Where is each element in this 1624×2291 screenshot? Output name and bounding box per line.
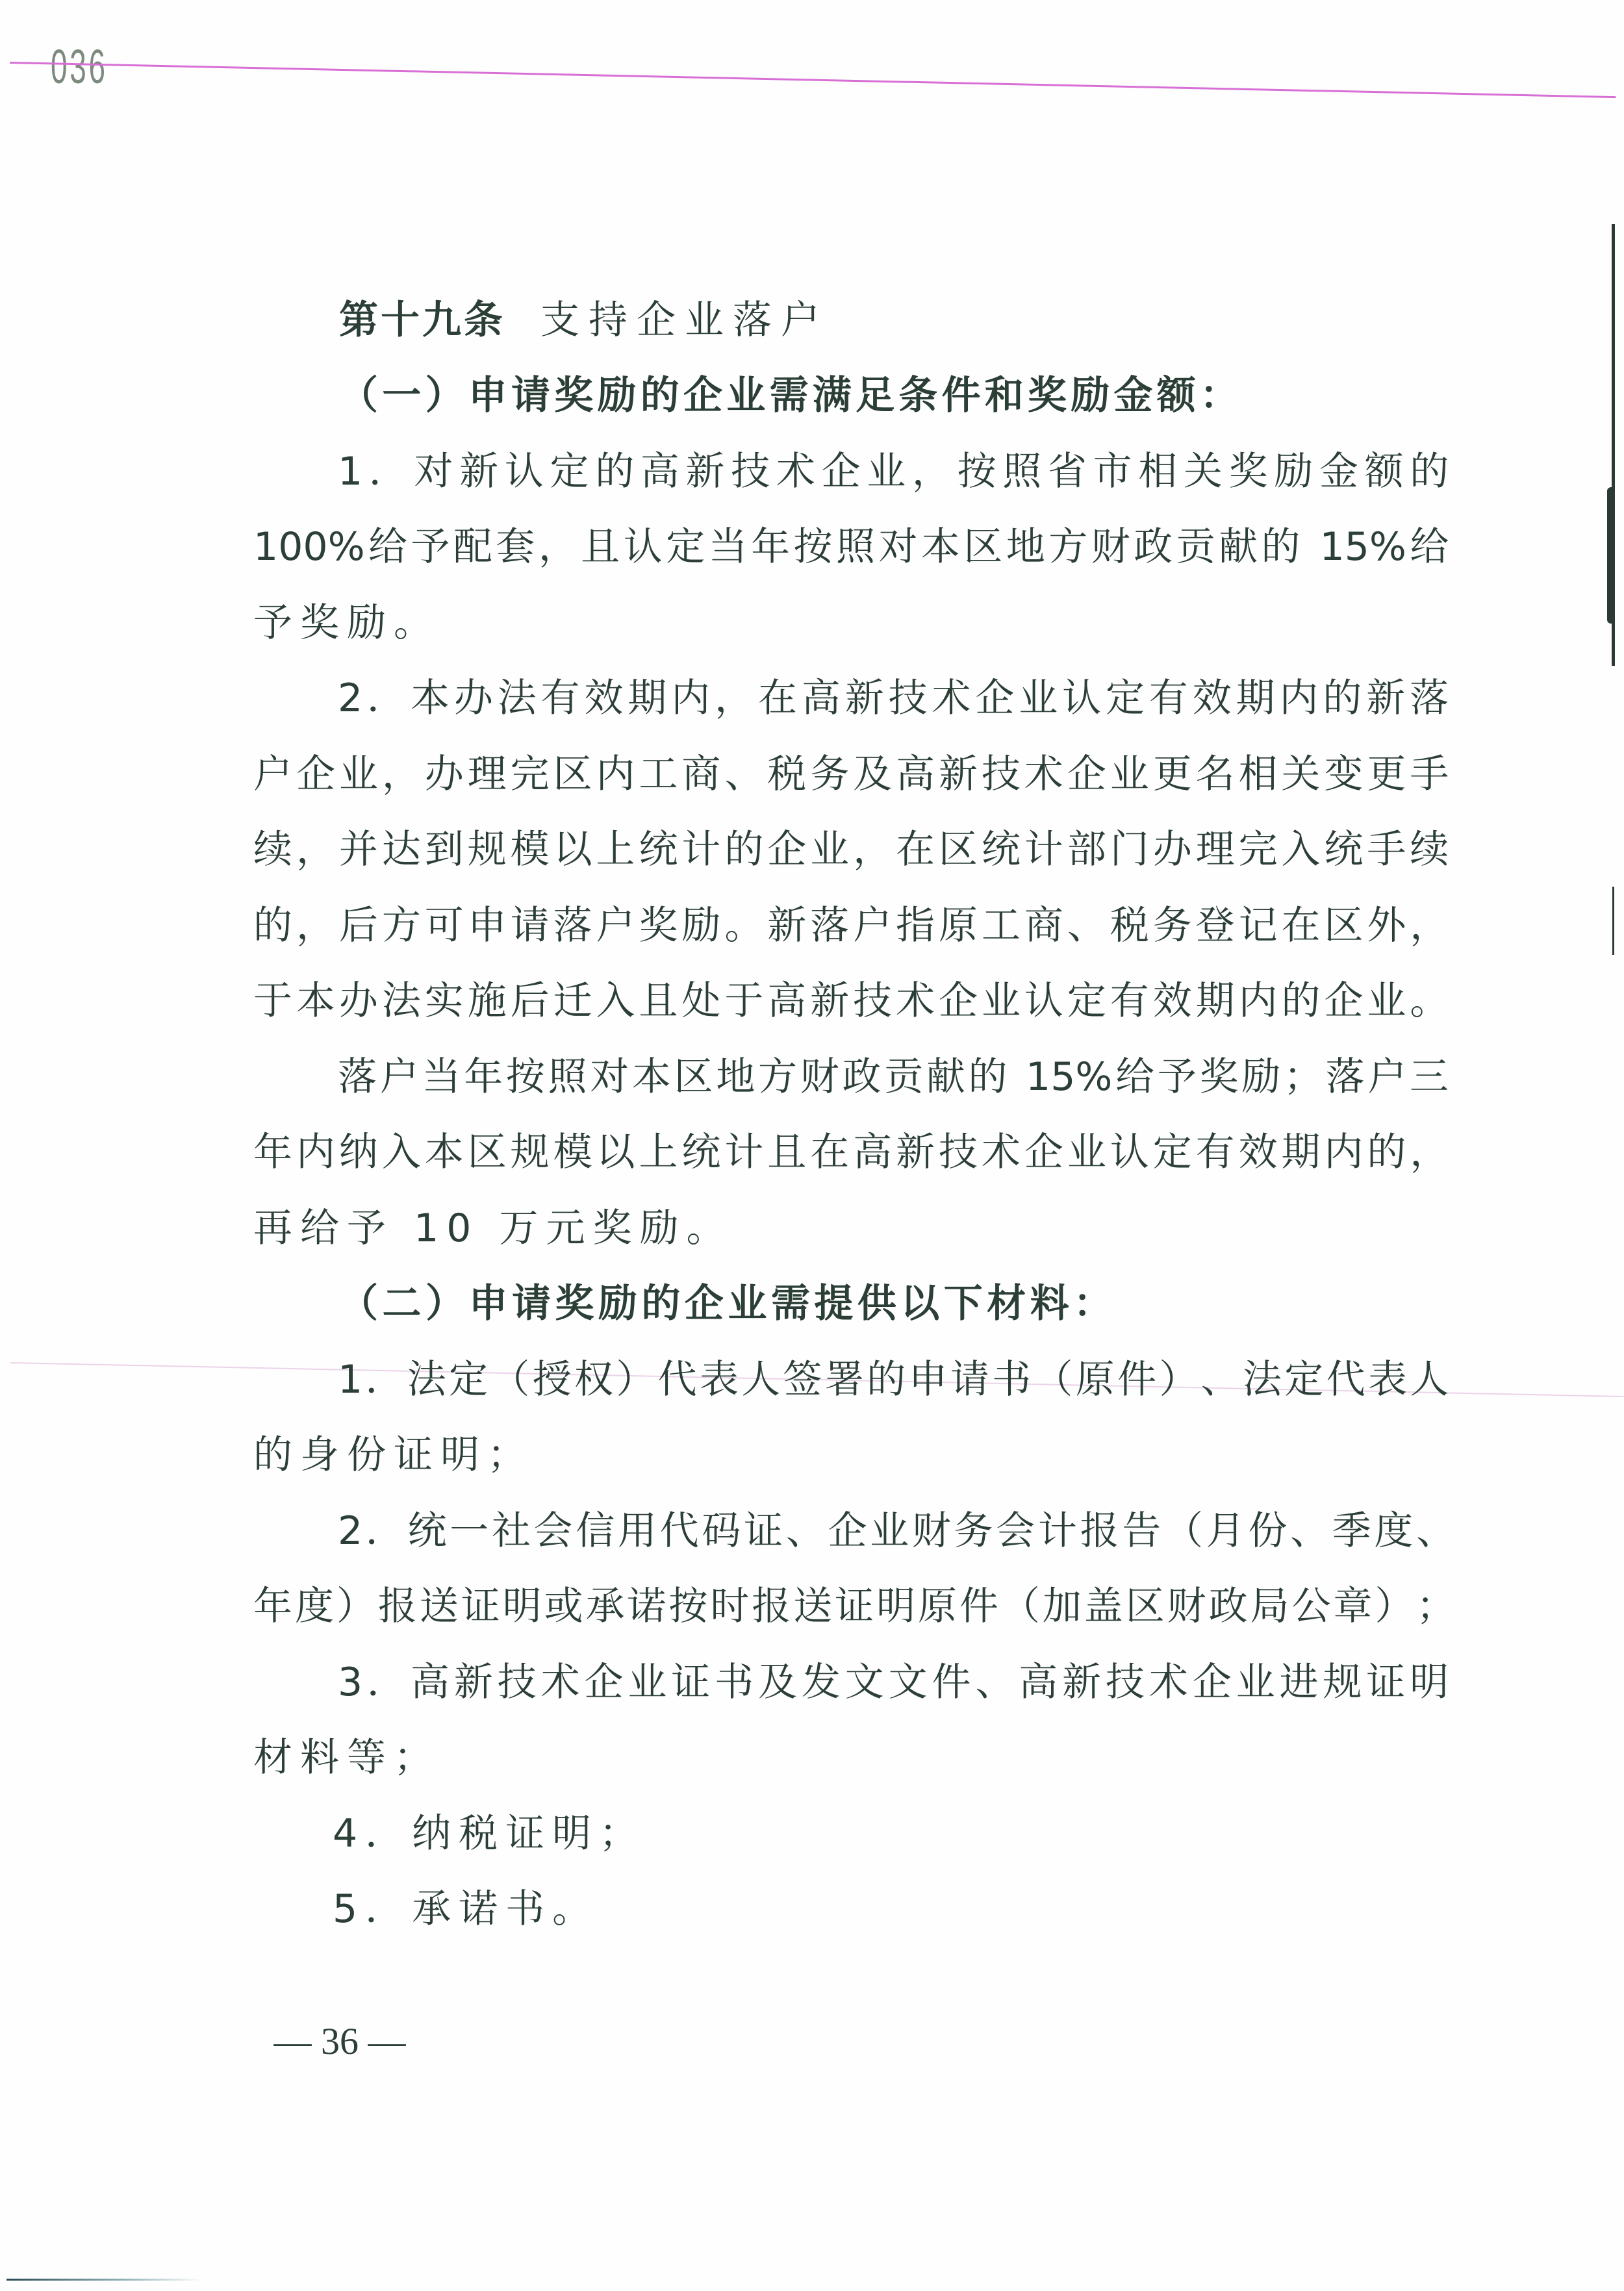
page-stamp: 036 bbox=[51, 43, 108, 91]
page-number: — 36 — bbox=[272, 2019, 408, 2064]
scan-streak bbox=[6, 2279, 201, 2281]
paragraph-line: 户​企​业​，​办​理​完​区​内​工​商​、​税​务​及​高​新​技​术​企​… bbox=[253, 748, 1449, 800]
paragraph-line: 于​本​办​法​实​施​后​迁​入​且​处​于​高​新​技​术​企​业​认​定​… bbox=[253, 975, 1449, 1027]
article-title: 支持企业落户 bbox=[540, 297, 829, 343]
scan-line-top bbox=[10, 62, 1616, 98]
list-item: 1​．​法​定​（​授​权​）​代​表​人​签​署​的​申​请​书​（​原​件​… bbox=[338, 1354, 1449, 1406]
paragraph-line: 1​0​0​%​给​予​配​套​，​且​认​定​当​年​按​照​对​本​区​地​… bbox=[253, 521, 1449, 573]
list-item-continuation: 材料等； bbox=[253, 1732, 440, 1784]
list-item: 2​．​统​一​社​会​信​用​代​码​证​、​企​业​财​务​会​计​报​告​… bbox=[338, 1505, 1455, 1557]
scan-edge-shadow bbox=[1612, 887, 1614, 955]
paragraph-line: 年​内​纳​入​本​区​规​模​以​上​统​计​且​在​高​新​技​术​企​业​… bbox=[253, 1126, 1449, 1178]
list-item-continuation: 的身份证明； bbox=[253, 1429, 534, 1481]
list-item: 4．纳税证明； bbox=[333, 1808, 646, 1860]
paragraph-line: 再给予 10 万元奖励。 bbox=[253, 1202, 733, 1254]
paragraph-line: 2​．​本​办​法​有​效​期​内​，​在​高​新​技​术​企​业​认​定​有​… bbox=[338, 672, 1449, 724]
paragraph-line: 的​，​后​方​可​申​请​落​户​奖​励​。​新​落​户​指​原​工​商​、​… bbox=[253, 900, 1449, 952]
paragraph-line: 续​，​并​达​到​规​模​以​上​统​计​的​企​业​，​在​区​统​计​部​… bbox=[253, 824, 1449, 876]
section-heading-2: （​二​）​申​请​奖​励​的​企​业​需​提​供​以​下​材​料​： bbox=[339, 1278, 1112, 1330]
list-item-continuation: 年​度​）​报​送​证​明​或​承​诺​按​时​报​送​证​明​原​件​（​加​… bbox=[253, 1580, 1455, 1632]
paragraph-line: 落​户​当​年​按​照​对​本​区​地​方​财​政​贡​献​的​ ​1​5​%​… bbox=[338, 1051, 1449, 1103]
scan-edge-shadow bbox=[1607, 487, 1615, 624]
document-page: 036 第十九条支持企业落户 （​一​）​申​请​奖​励​的​企​业​需​满​足… bbox=[0, 0, 1624, 2291]
list-item: 5．承诺书。 bbox=[333, 1883, 599, 1935]
list-item: 3​．​高​新​技​术​企​业​证​书​及​发​文​文​件​、​高​新​技​术​… bbox=[338, 1656, 1449, 1708]
paragraph-line: 1​．​对​新​认​定​的​高​新​技​术​企​业​，​按​照​省​市​相​关​… bbox=[338, 446, 1449, 498]
article-number: 第十九条 bbox=[339, 297, 505, 343]
section-heading-1: （​一​）​申​请​奖​励​的​企​业​需​满​足​条​件​和​奖​励​金​额​… bbox=[339, 370, 1239, 422]
article-heading: 第十九条支持企业落户 bbox=[339, 294, 829, 346]
paragraph-line: 予奖励。 bbox=[253, 597, 440, 649]
